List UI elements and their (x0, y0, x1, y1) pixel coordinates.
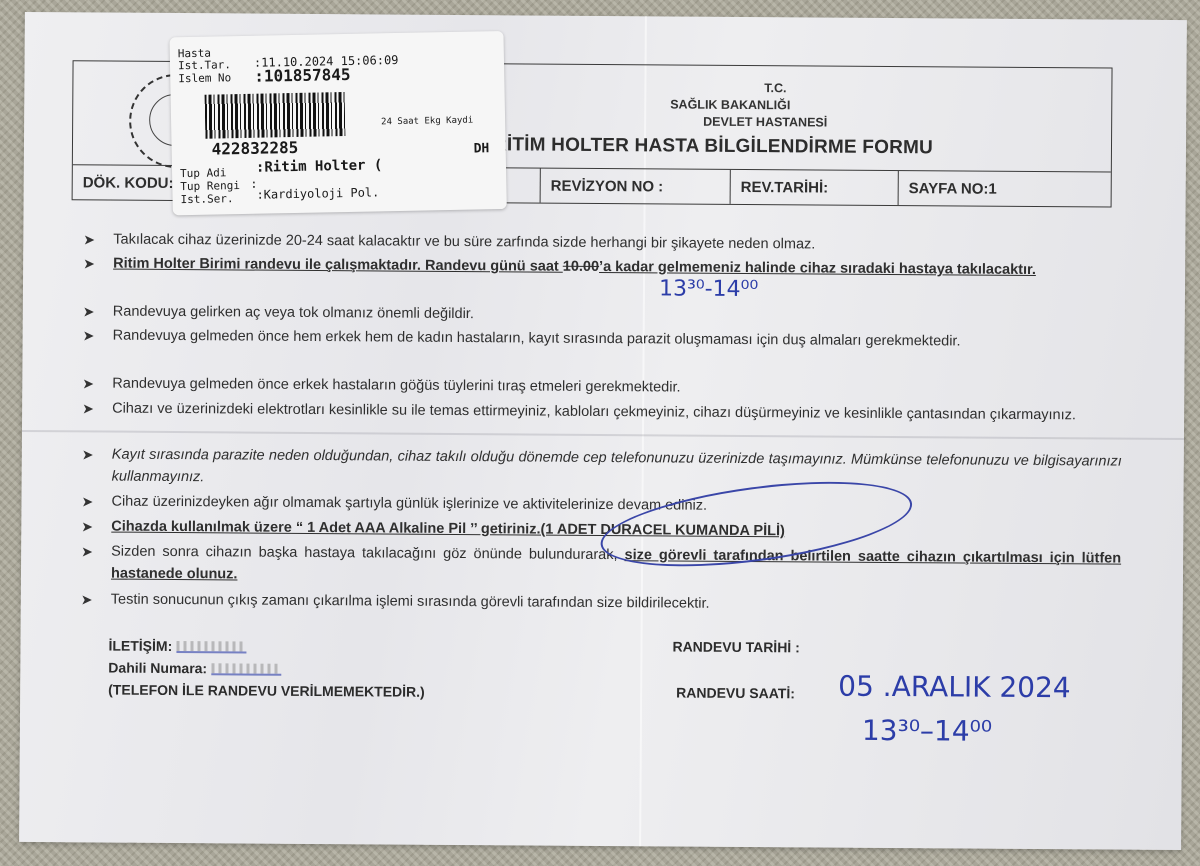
form-title: RİTİM HOLTER HASTA BİLGİLENDİRME FORMU (493, 134, 933, 159)
org-line-ministry: SAĞLIK BAKANLIĞI (633, 96, 827, 114)
label-ist-tar: Ist.Tar. (178, 58, 231, 72)
extension-label: Dahili Numara: (108, 660, 207, 677)
handwritten-time-correction: 13³⁰-14⁰⁰ (659, 276, 758, 302)
handwritten-appointment-time: 13³⁰–14⁰⁰ (862, 714, 992, 748)
instruction-list: ➤ Takılacak cihaz üzerinizde 20-24 saat … (83, 222, 1123, 229)
contact-block: İLETİŞİM: Dahili Numara: (TELEFON İLE RA… (108, 635, 425, 703)
patient-barcode-label: Hasta Ist.Tar. :11.10.2024 15:06:09 Isle… (169, 31, 506, 215)
revision-number: REVİZYON NO : (541, 169, 731, 204)
handwritten-appointment-date: 05 .ARALIK 2024 (838, 670, 1071, 705)
org-line-tc: T.C. (723, 80, 827, 98)
tube-name: :Ritim Holter ( (256, 157, 383, 175)
arrow-bullet-icon: ➤ (82, 397, 94, 419)
barcode-icon (205, 92, 346, 139)
test-name: 24 Saat Ekg Kaydi (381, 116, 473, 128)
list-item: ➤ Takılacak cihaz üzerinizde 20-24 saat … (83, 228, 1123, 235)
label-tup-adi: Tup Adi (180, 166, 227, 180)
redacted-contact (176, 641, 246, 653)
barcode-number: 422832285 (211, 138, 298, 159)
arrow-bullet-icon: ➤ (81, 490, 93, 512)
arrow-bullet-icon: ➤ (83, 228, 95, 250)
phone-note: (TELEFON İLE RANDEVU VERİLMEMEKTEDİR.) (108, 679, 425, 703)
arrow-bullet-icon: ➤ (82, 372, 94, 394)
appointment-time-label: RANDEVU SAATİ: (676, 685, 795, 702)
arrow-bullet-icon: ➤ (83, 324, 95, 346)
requesting-service: :Kardiyoloji Pol. (256, 185, 379, 201)
label-islem-no: Islem No (178, 71, 231, 85)
page-number: SAYFA NO:1 (899, 171, 1111, 206)
revision-date: REV.TARİHİ: (731, 170, 899, 205)
contact-label: İLETİŞİM: (108, 638, 172, 654)
arrow-bullet-icon: ➤ (83, 252, 95, 274)
document-page: T.C. SAĞLIK BAKANLIĞI DEVLET HASTANESİ R… (19, 12, 1187, 850)
org-line-hospital: DEVLET HASTANESİ (703, 114, 827, 132)
arrow-bullet-icon: ➤ (82, 443, 94, 465)
list-item: ➤ Randevuya gelmeden önce erkek hastalar… (82, 372, 1122, 379)
arrow-bullet-icon: ➤ (81, 515, 93, 537)
paper-fold-horizontal (22, 430, 1184, 440)
redacted-extension (211, 664, 281, 676)
arrow-bullet-icon: ➤ (81, 540, 93, 562)
arrow-bullet-icon: ➤ (81, 588, 93, 610)
transaction-number: :101857845 (254, 65, 351, 86)
label-tup-rengi: Tup Rengi (180, 179, 240, 193)
list-item: ➤ Kayıt sırasında parazite neden olduğun… (82, 443, 1122, 450)
struck-time: 10.00 (563, 259, 599, 275)
list-item: ➤ Randevuya gelirken aç veya tok olmanız… (83, 300, 1123, 307)
appointment-date-label: RANDEVU TARİHİ : (672, 638, 799, 655)
arrow-bullet-icon: ➤ (83, 300, 95, 322)
label-dh: DH (474, 141, 490, 156)
label-ist-ser: Ist.Ser. (180, 192, 233, 206)
organization-block: T.C. SAĞLIK BAKANLIĞI DEVLET HASTANESİ (633, 79, 827, 131)
